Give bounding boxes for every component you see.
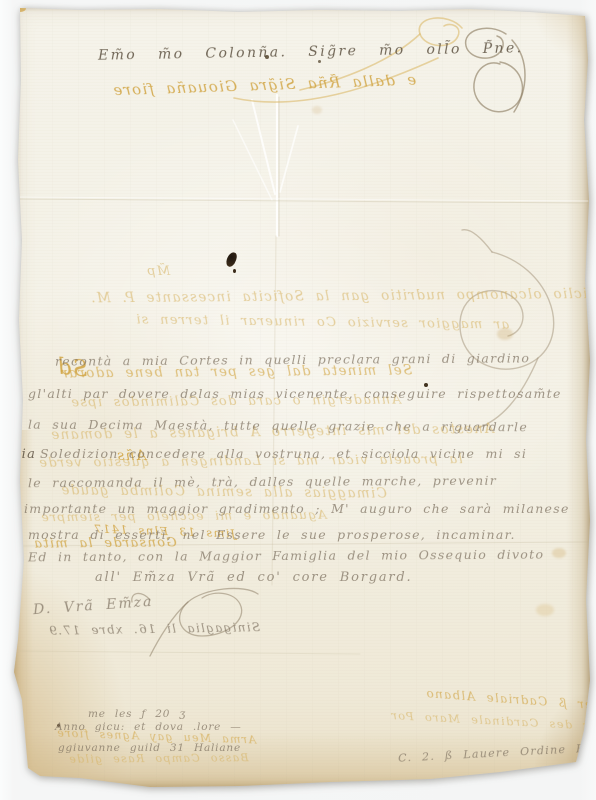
dateline: Sinigaglia li 16. xbre 17.9 [48,620,260,638]
fold-crease-center [272,236,276,585]
sheet-content: Em̃o m̃o Colonña. Sig̃re m̃o oll̃o P̃ne… [0,0,596,800]
body-line: Ed in tanto, con la Maggior Famiglia del… [28,547,544,565]
body-dark-word: mia [8,447,36,462]
address-line: Em̃o m̃o Colonña. Sig̃re m̃o oll̃o P̃ne… [98,40,524,63]
stain-bottom-edge [20,732,580,790]
docket-right-line: C. 2. ß Lauere Ordine Roma. [398,740,596,764]
signature-paraph-loop [180,588,258,636]
bleed-strong-fragment: M̃p [146,264,170,279]
docket-bleed-line: Basso Campo Rase gilde [68,751,249,766]
address-bleed-line: e dalla R̃ña Sig̃ra Giouaña fiore [112,71,417,100]
body-line: la sua Decima Maestà, tutte quelle graz… [28,417,528,435]
fox-spot [497,328,513,340]
body-line: Soledizion concedere alla vostruna, et s… [40,446,527,461]
bleed-strong-fragment: Añs [116,448,146,464]
flourish-top-bleed-sweep [300,34,420,90]
fox-spot [312,106,322,114]
ink-blot [225,251,238,268]
flourish-top-bleed-loop [419,18,462,46]
flourish-top-right-loop [466,28,506,58]
bleed-strong-fragment: Sd [55,354,89,382]
ink-speck [265,55,269,59]
fold-crease-horizontal-mid [20,542,590,546]
fold-crease-horizontal-upper-hl [20,197,588,201]
fox-spot [536,604,554,616]
docket-line: Anno gicu: et dova .lore — [55,721,242,733]
body-line: recontà a mia Cortes in quelli preclara… [55,350,530,368]
bleed-line: Gonsarde la mita [33,535,177,551]
stain-bottom-left [0,560,130,790]
bleed-line: Annadergin o cara dos Calimindos ipse [70,393,401,411]
flourish-right-spiral [460,252,554,369]
bleed-line: Sel mineta dal ges per tan bene adorar [60,362,412,381]
body-line: mostra di esserti, nel Essere le sue pro… [28,527,516,542]
docket-line: me les ƒ 20 ʒ [88,708,186,720]
body-closing-line: all' Em̃za Vrã ed co' core Borgard. [95,570,412,585]
ink-blot-tail [233,269,236,273]
bleed-line: la prouela vicar mà si Landingen a ques… [38,452,463,471]
ink-speck [424,383,428,387]
bleed-line: Anestos del mis integerro A briganes a l… [50,421,494,443]
flourish-top-right-oval [474,62,523,112]
body-line: gl'alti par dovere delas mias vicenente,… [28,386,562,401]
signature-line: D. Vrã Em̃za [33,594,154,618]
signature-paraph-tail [150,602,188,656]
letter-sheet: Em̃o m̃o Colonña. Sig̃re m̃o oll̃o P̃ne… [13,5,592,789]
ink-speck [318,60,321,63]
body-line: importante un maggior gradimento ; M' au… [24,501,570,516]
fold-crease-diagonal-right [280,126,298,192]
fold-crease-horizontal-upper [20,199,588,203]
stain-right-edge [566,0,596,800]
bleed-line: ar maggior servizio Co rinuerar il terre… [135,312,509,332]
stain-bottom-right-corner [535,695,596,790]
corner-mark [14,4,26,12]
paper-texture [0,0,596,800]
flourish-overlay [0,0,596,800]
bleed-line: Il Sericlio olcanompo nudritio gan la So… [90,286,596,307]
docket-bleed-line: Arma Meu gay Agnes fiore [56,727,257,747]
flourish-top-bleed-underline [234,58,438,102]
flourish-right-entry [462,230,492,252]
stain-left-edge-lower [13,430,33,790]
scanner-background: { "scan": { "description": "aged handwri… [0,0,596,800]
flourish-top-right-tail [512,40,525,112]
fold-crease-diagonal-left [252,100,275,194]
body-line: le raccomanda il mè, trà, dalles quell… [28,473,497,490]
fox-spot [552,548,566,558]
flourish-right-tail [478,358,538,428]
fold-crease-diagonal-left2 [233,120,272,200]
ink-speck [57,724,60,727]
fold-crease-horizontal-lower [20,651,360,654]
bleed-line: Cimaggias alla semina Colimba gaude [60,482,387,501]
signature-paraph-curl [132,593,150,602]
bleed-strong-fragment: Jims 13 Elns 1417 [93,522,236,541]
docket-bleed-line: Cader ß Cadriale Albano [425,686,596,714]
docket-bleed-line: fleur des Cardinale Maro Por [390,708,596,734]
letter-sheet-wrapper: Em̃o m̃o Colonña. Sig̃re m̃o oll̃o P̃ne… [13,5,592,789]
docket-line: ggiuvanne guild 31 Haliane [58,742,241,754]
bleed-line: Aguando e mi ecchelo per siempre [40,507,327,525]
stain-top-right [535,0,596,60]
